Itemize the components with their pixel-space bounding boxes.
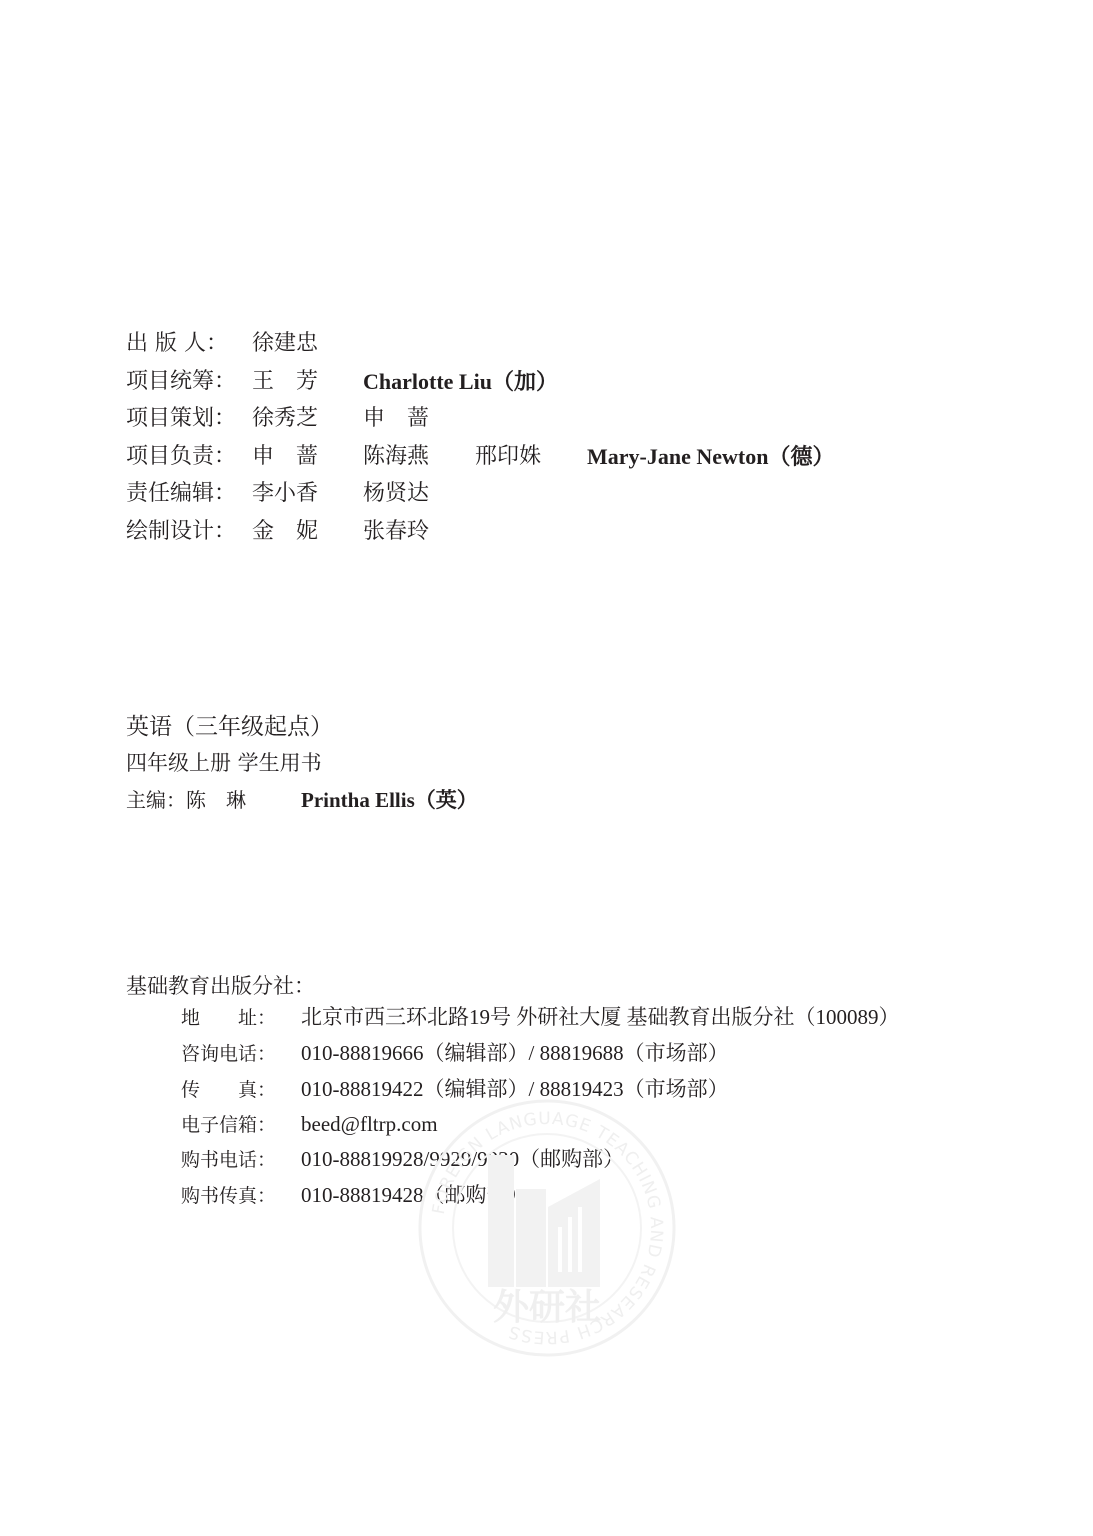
credit-label: 出 版 人： [126,331,252,357]
info-value: beed@fltrp.com [301,1112,438,1136]
credit-project-planning: 项目策划：徐秀芝 申 蔷 [126,406,318,432]
book-subtitle: 四年级上册 学生用书 [126,747,322,777]
info-label: 地 址： [181,1006,301,1030]
seal-icon: FOREIGN LANGUAGE TEACHING AND RESEARCH P… [418,1097,676,1359]
credit-name: 徐秀芝 [252,406,318,432]
credit-responsible-editor: 责任编辑：李小香 杨贤达 [126,481,318,507]
publisher-seal-watermark: FOREIGN LANGUAGE TEACHING AND RESEARCH P… [418,1097,676,1359]
info-value: 010-88819928/9929/9930（邮购部） [301,1147,624,1171]
info-label: 购书传真： [181,1184,301,1208]
credit-name: 邢印姝 [475,444,541,470]
credit-name: Charlotte Liu（加） [363,369,558,395]
credit-name: 金 妮 [252,519,318,545]
chief-editor-en: Printha Ellis（英） [301,784,478,814]
info-label: 咨询电话： [181,1042,301,1066]
info-label: 电子信箱： [181,1113,301,1137]
info-value: 010-88819428（邮购部） [301,1183,529,1207]
publisher-fax-row: 传 真：010-88819422（编辑部）/ 88819423（市场部） [181,1077,729,1102]
book-title: 英语（三年级起点） [126,708,333,741]
info-value: 010-88819422（编辑部）/ 88819423（市场部） [301,1077,729,1101]
info-value: 010-88819666（编辑部）/ 88819688（市场部） [301,1041,729,1065]
publisher-address-row: 地 址：北京市西三环北路19号 外研社大厦 基础教育出版分社（100089） [181,1005,900,1030]
info-label: 传 真： [181,1078,301,1102]
publisher-email-row: 电子信箱：beed@fltrp.com [181,1112,438,1137]
chief-editor-line: 主编：陈 琳 Printha Ellis（英） [126,784,246,813]
seal-center-text: 外研社 [493,1287,601,1328]
credit-illustration-design: 绘制设计：金 妮 张春玲 [126,519,318,545]
publisher-order-phone-row: 购书电话：010-88819928/9929/9930（邮购部） [181,1147,624,1172]
credit-project-coordination: 项目统筹：王 芳 Charlotte Liu（加） [126,369,318,395]
info-value: 北京市西三环北路19号 外研社大厦 基础教育出版分社（100089） [301,1005,900,1029]
svg-text:FOREIGN LANGUAGE TEACHING AND: FOREIGN LANGUAGE TEACHING AND RESEARCH P… [429,1109,666,1347]
credit-publisher: 出 版 人：徐建忠 [126,331,318,357]
publisher-order-fax-row: 购书传真：010-88819428（邮购部） [181,1183,529,1208]
credit-label: 项目负责： [126,444,252,470]
credit-label: 项目统筹： [126,369,252,395]
publisher-heading: 基础教育出版分社： [126,970,315,1000]
credit-name: 张春玲 [363,519,429,545]
credit-name: 陈海燕 [363,444,429,470]
chief-editor-cn: 陈 琳 [186,788,246,812]
seal-ring-text: FOREIGN LANGUAGE TEACHING AND RESEARCH P… [429,1109,666,1347]
credit-name: 杨贤达 [363,481,429,507]
credit-label: 项目策划： [126,406,252,432]
credit-name: 李小香 [252,481,318,507]
chief-editor-label: 主编： [126,788,186,812]
credit-project-lead: 项目负责：申 蔷 陈海燕 邢印姝 Mary-Jane Newton（德） [126,444,318,470]
credit-name: 王 芳 [252,369,318,395]
credit-label: 绘制设计： [126,519,252,545]
credit-label: 责任编辑： [126,481,252,507]
info-label: 购书电话： [181,1148,301,1172]
credit-name: Mary-Jane Newton（德） [587,444,834,470]
credit-name: 申 蔷 [252,444,318,470]
credit-name: 徐建忠 [252,331,318,357]
publisher-phone-row: 咨询电话：010-88819666（编辑部）/ 88819688（市场部） [181,1041,729,1066]
credit-name: 申 蔷 [363,406,429,432]
